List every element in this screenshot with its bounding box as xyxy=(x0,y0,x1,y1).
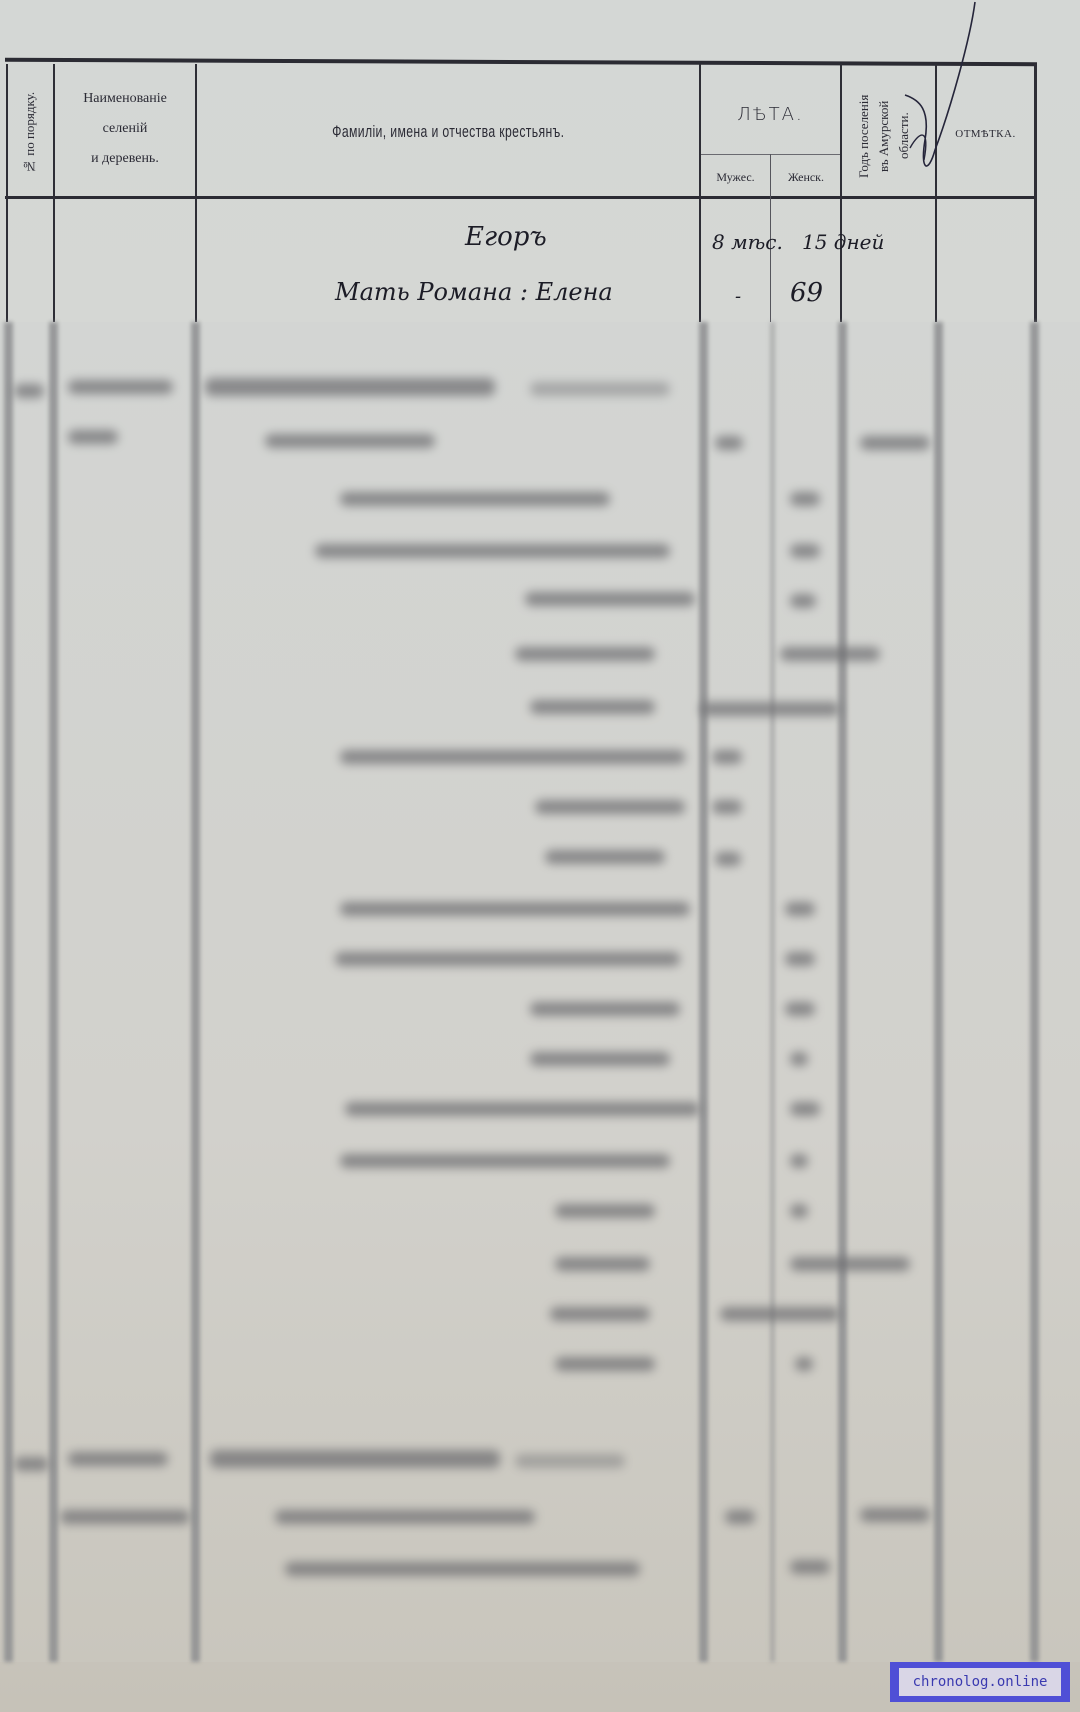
header-col-ages: ЛѢТА. xyxy=(701,104,840,125)
header-col-number: № по порядку. xyxy=(22,78,37,188)
header-ages-male: Мужес. xyxy=(701,170,770,185)
blurred-name-1 xyxy=(265,434,435,448)
register-page: № по порядку. Наименованіе селеній и дер… xyxy=(0,0,1080,1712)
watermark-badge: chronolog.online xyxy=(890,1662,1070,1702)
col-line-5 xyxy=(840,64,842,322)
blurred-entry-number xyxy=(14,384,44,398)
blurred-member-row xyxy=(555,1204,655,1218)
col-line-0 xyxy=(6,64,8,322)
blurred-surname-2b xyxy=(515,1454,625,1468)
blurred-member-age xyxy=(790,594,816,608)
blurred-settlement-2 xyxy=(68,430,118,444)
row-name-2: Мать Романа : Елена xyxy=(335,278,613,306)
blurred-member-age xyxy=(785,952,815,966)
watermark-text: chronolog.online xyxy=(899,1668,1061,1696)
blurred-member-row xyxy=(525,592,695,606)
col-line-7 xyxy=(1034,64,1037,322)
blurred-year xyxy=(860,436,930,450)
blurred-year-2 xyxy=(860,1508,930,1522)
blurred-member-age xyxy=(712,750,742,764)
handwritten-mark-icon xyxy=(880,0,1000,200)
blurred-surname-2 xyxy=(530,382,670,396)
blurred-member-row xyxy=(340,492,610,506)
col-line-3 xyxy=(699,64,701,322)
col-line-2 xyxy=(195,64,197,322)
blurred-member-age xyxy=(700,702,840,716)
blurred-name-2 xyxy=(275,1510,535,1524)
header-year-line1: Годъ поселенія xyxy=(856,80,871,192)
blurred-age xyxy=(715,436,743,450)
blur-col-line-2 xyxy=(191,322,200,1662)
blur-col-line-5 xyxy=(838,322,847,1662)
blurred-member-age xyxy=(790,1052,808,1066)
header-settlement-line1: Наименованіе xyxy=(55,84,195,114)
blurred-member-row xyxy=(530,1002,680,1016)
row-male-age-1: 8 мѣс. xyxy=(712,230,783,254)
blurred-member-row xyxy=(535,800,685,814)
blurred-member-row xyxy=(340,1154,670,1168)
obscured-section xyxy=(0,322,1080,1662)
blurred-surname-2 xyxy=(210,1450,500,1468)
header-names-label: Фамиліи, имена и отчества крестьянъ. xyxy=(332,122,564,142)
blurred-member-row xyxy=(340,750,685,764)
header-ages-female: Женск. xyxy=(772,170,840,185)
blur-col-line-3 xyxy=(699,322,708,1662)
blurred-member-age xyxy=(790,492,820,506)
blurred-settlement xyxy=(68,380,173,394)
blurred-member-age-2 xyxy=(790,1560,830,1574)
blurred-member-age xyxy=(795,1357,813,1371)
blurred-entry-number-2 xyxy=(14,1457,49,1471)
blurred-age-2 xyxy=(725,1510,755,1524)
row-name-1: Егоръ xyxy=(465,222,547,252)
blurred-member-age xyxy=(790,1102,820,1116)
row-male-age-2: - xyxy=(735,286,741,307)
blur-col-line-4 xyxy=(770,322,775,1662)
blurred-member-row xyxy=(530,700,655,714)
blurred-surname xyxy=(205,378,495,396)
blurred-settlement-2a xyxy=(68,1452,168,1466)
blur-col-line-6 xyxy=(934,322,943,1662)
header-col-settlement: Наименованіе селеній и деревень. xyxy=(55,84,195,174)
blurred-member-age xyxy=(720,1307,840,1321)
header-settlement-line2: селеній xyxy=(55,114,195,144)
blurred-member-row xyxy=(335,952,680,966)
blurred-member-age xyxy=(790,544,820,558)
blurred-member-row xyxy=(545,850,665,864)
blurred-member-row xyxy=(315,544,670,558)
blurred-member-row xyxy=(530,1052,670,1066)
blurred-member-age xyxy=(790,1257,910,1271)
blurred-member-age xyxy=(785,1002,815,1016)
blur-col-line-0 xyxy=(4,322,13,1662)
blurred-member-row xyxy=(345,1102,700,1116)
blurred-settlement-2b xyxy=(60,1510,190,1524)
blurred-member-age xyxy=(715,852,741,866)
blurred-member-row-2 xyxy=(285,1562,640,1576)
header-settlement-line3: и деревень. xyxy=(55,144,195,174)
blurred-member-age xyxy=(712,800,742,814)
blurred-member-row xyxy=(555,1357,655,1371)
header-col-names: Фамиліи, имена и отчества крестьянъ. xyxy=(197,122,699,142)
blurred-member-row xyxy=(340,902,690,916)
blurred-member-age xyxy=(790,1204,808,1218)
row-female-age-2: 69 xyxy=(790,278,823,308)
blurred-member-row xyxy=(515,647,655,661)
blurred-member-age xyxy=(780,647,880,661)
row-female-age-1: 15 дней xyxy=(802,230,884,254)
blur-col-line-7 xyxy=(1030,322,1039,1662)
blurred-member-age xyxy=(790,1154,808,1168)
blurred-member-row xyxy=(550,1307,650,1321)
blurred-member-age xyxy=(785,902,815,916)
blurred-member-row xyxy=(555,1257,650,1271)
blur-col-line-1 xyxy=(49,322,58,1662)
